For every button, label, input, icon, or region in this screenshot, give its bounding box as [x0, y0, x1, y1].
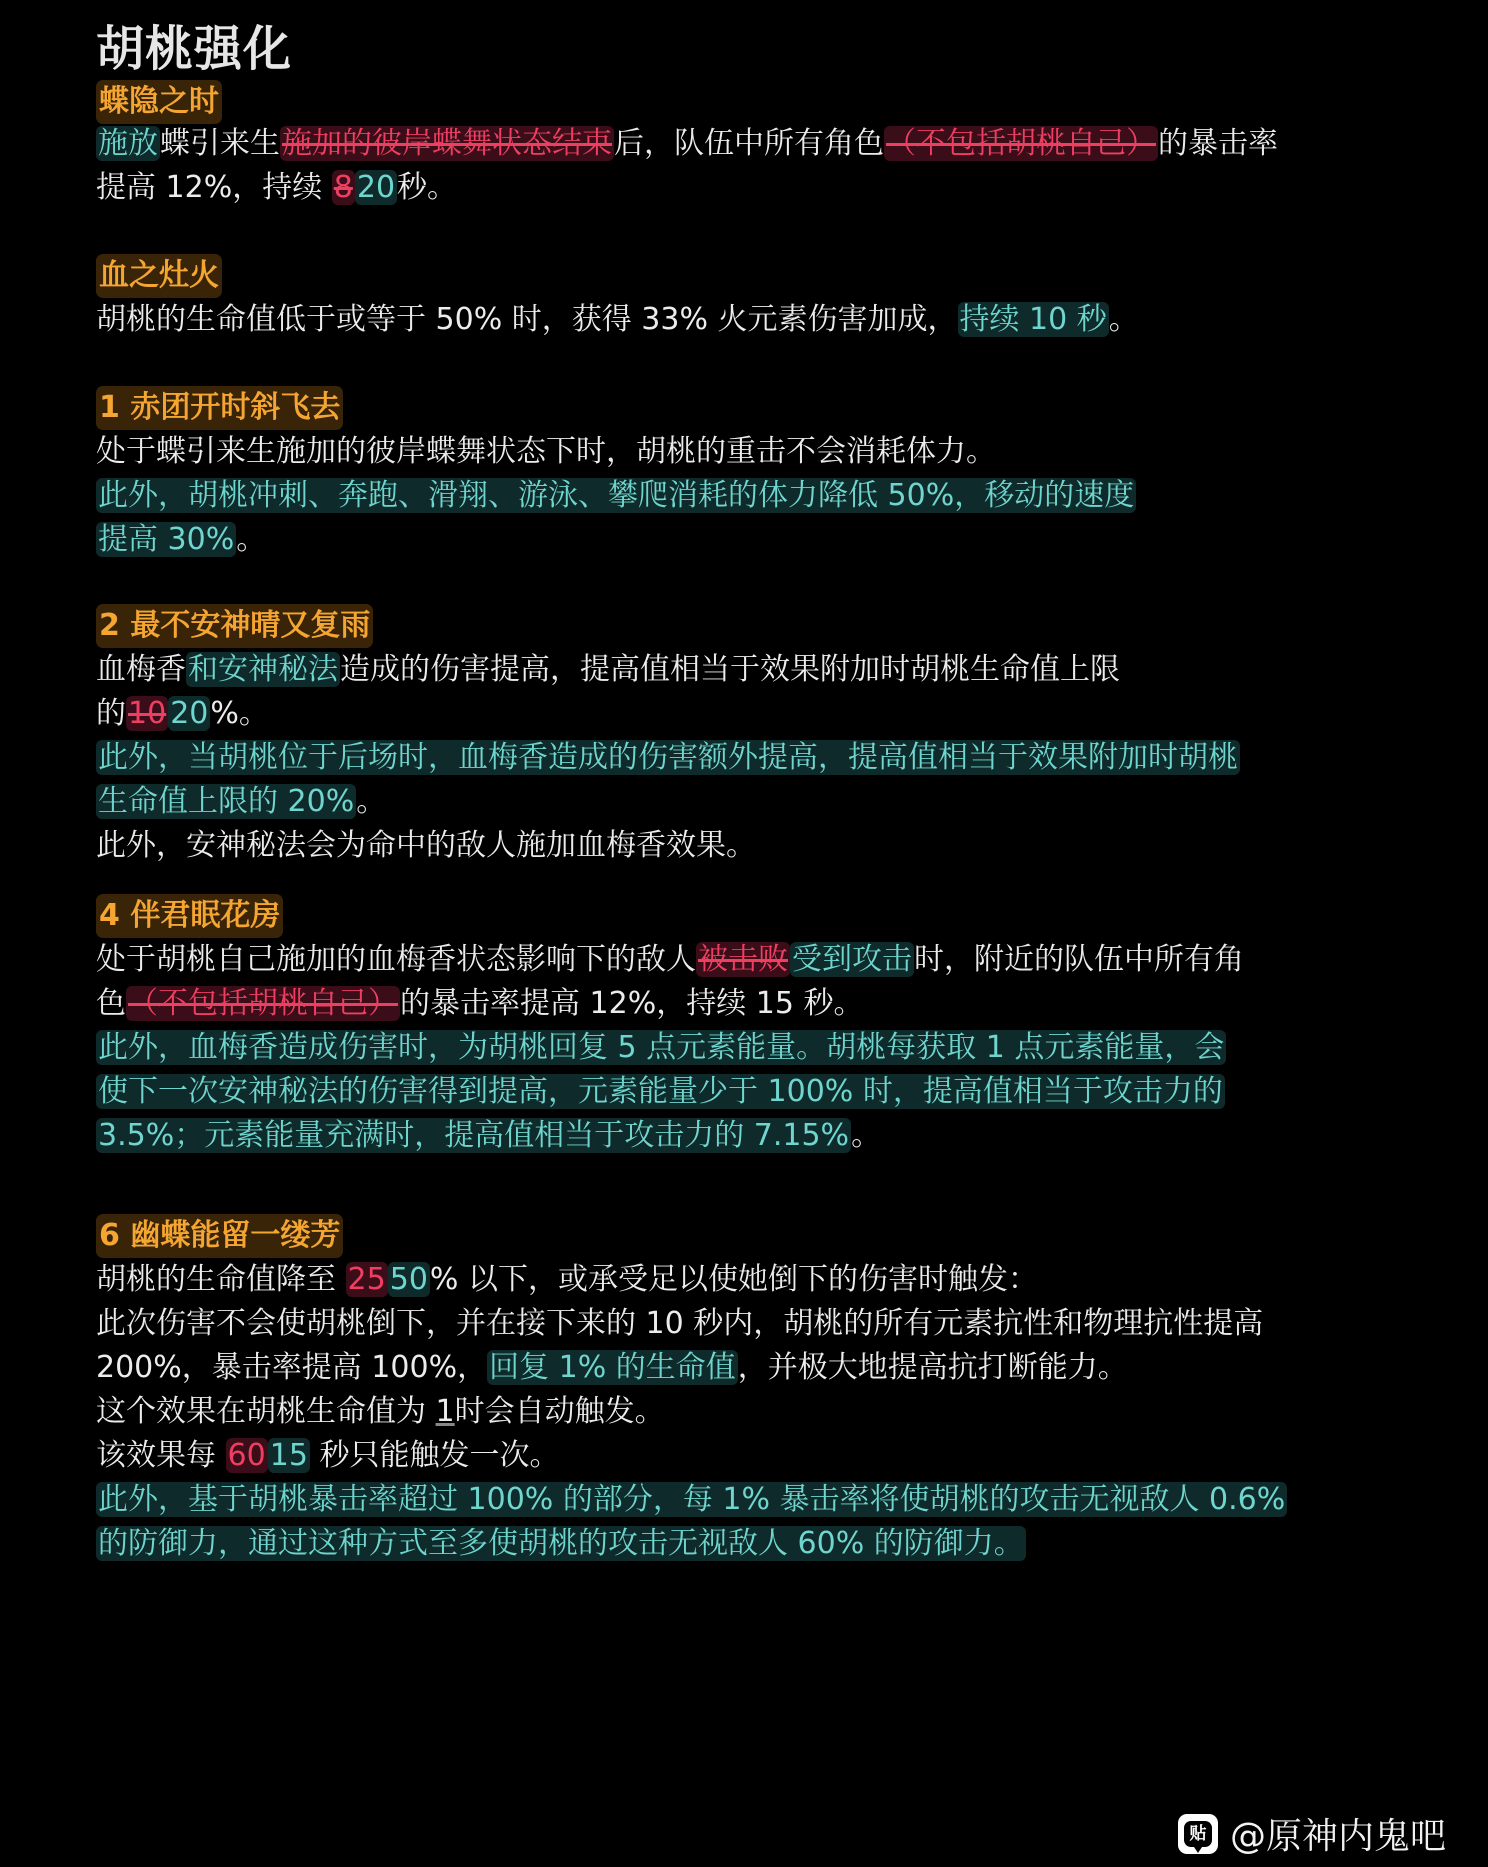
- text-segment: ，并极大地提高抗打断能力。: [738, 1350, 1128, 1385]
- text-segment: 后，队伍中所有角色: [614, 126, 884, 161]
- removed-text: （不包括胡桃自己）: [884, 126, 1158, 161]
- added-text: 和安神秘法: [186, 652, 340, 687]
- text-segment: 处于胡桃自己施加的血梅香状态影响下的敌人: [96, 942, 696, 977]
- text-segment: 秒只能触发一次。: [310, 1438, 560, 1473]
- added-text: 生命值上限的 20%: [96, 784, 356, 819]
- text-line: 处于胡桃自己施加的血梅香状态影响下的敌人被击败受到攻击时，附近的队伍中所有角: [96, 938, 1244, 982]
- text-segment: 胡桃的生命值低于或等于 50% 时，获得 33% 火元素伤害加成，: [96, 302, 958, 337]
- removed-text: 60: [226, 1438, 268, 1473]
- added-text: 此外，基于胡桃暴击率超过 100% 的部分，每 1% 暴击率将使胡桃的攻击无视敌…: [96, 1482, 1287, 1517]
- text-line: 此外，胡桃冲刺、奔跑、滑翔、游泳、攀爬消耗的体力降低 50%，移动的速度: [96, 474, 1136, 518]
- text-line: 3.5%；元素能量充满时，提高值相当于攻击力的 7.15%。: [96, 1114, 881, 1158]
- text-line: 的1020%。: [96, 692, 269, 736]
- removed-text: 10: [126, 696, 168, 731]
- text-segment: 造成的伤害提高，提高值相当于效果附加时胡桃生命值上限: [340, 652, 1120, 687]
- text-segment: 。: [1109, 302, 1139, 337]
- section-heading: 血之灶火: [96, 254, 222, 298]
- added-text: 持续 10 秒: [958, 302, 1109, 337]
- added-text: 此外，当胡桃位于后场时，血梅香造成的伤害额外提高，提高值相当于效果附加时胡桃: [96, 740, 1240, 775]
- added-text: 提高 30%: [96, 522, 236, 557]
- added-text: 3.5%；元素能量充满时，提高值相当于攻击力的 7.15%: [96, 1118, 851, 1153]
- added-text: 回复 1% 的生命值: [487, 1350, 738, 1385]
- removed-text: 25: [346, 1262, 388, 1297]
- removed-text: 施加的彼岸蝶舞状态结束: [280, 126, 614, 161]
- text-segment: 。: [851, 1118, 881, 1153]
- text-segment: 处于蝶引来生施加的彼岸蝶舞状态下时，胡桃的重击不会消耗体力。: [96, 434, 996, 469]
- tieba-logo-icon: 贴: [1178, 1814, 1218, 1854]
- text-segment: %。: [210, 696, 269, 731]
- text-segment: 色: [96, 986, 126, 1021]
- watermark-text: @原神内鬼吧: [1230, 1808, 1446, 1859]
- text-line: 的防御力，通过这种方式至多使胡桃的攻击无视敌人 60% 的防御力。: [96, 1522, 1026, 1566]
- added-text: 50: [388, 1262, 430, 1297]
- section-heading: 1 赤团开时斜飞去: [96, 386, 343, 430]
- text-segment: 秒。: [397, 170, 457, 205]
- text-segment: 该效果每: [96, 1438, 226, 1473]
- text-line: 生命值上限的 20%。: [96, 780, 386, 824]
- watermark: 贴 @原神内鬼吧: [1178, 1808, 1446, 1859]
- section-heading-line: 蝶隐之时: [96, 80, 222, 124]
- text-line: 施放蝶引来生施加的彼岸蝶舞状态结束后，队伍中所有角色（不包括胡桃自己）的暴击率: [96, 122, 1278, 166]
- text-line: 胡桃的生命值降至 2550% 以下，或承受足以使她倒下的伤害时触发：: [96, 1258, 1038, 1302]
- text-line: 提高 30%。: [96, 518, 266, 562]
- section-heading: 4 伴君眠花房: [96, 894, 283, 938]
- underlined-text: 1: [436, 1394, 455, 1429]
- page-title: 胡桃强化: [96, 14, 292, 84]
- text-segment: 时会自动触发。: [455, 1394, 665, 1429]
- added-text: 此外，胡桃冲刺、奔跑、滑翔、游泳、攀爬消耗的体力降低 50%，移动的速度: [96, 478, 1136, 513]
- added-text: 的防御力，通过这种方式至多使胡桃的攻击无视敌人 60% 的防御力。: [96, 1526, 1026, 1561]
- text-segment: 。: [356, 784, 386, 819]
- text-segment: 的暴击率: [1158, 126, 1278, 161]
- section-heading-line: 血之灶火: [96, 254, 222, 298]
- text-line: 此次伤害不会使胡桃倒下，并在接下来的 10 秒内，胡桃的所有元素抗性和物理抗性提…: [96, 1302, 1263, 1346]
- added-text: 此外，血梅香造成伤害时，为胡桃回复 5 点元素能量。胡桃每获取 1 点元素能量，…: [96, 1030, 1226, 1065]
- text-line: 此外，基于胡桃暴击率超过 100% 的部分，每 1% 暴击率将使胡桃的攻击无视敌…: [96, 1478, 1287, 1522]
- section-heading-line: 2 最不安神晴又复雨: [96, 604, 373, 648]
- text-line: 此外，安神秘法会为命中的敌人施加血梅香效果。: [96, 824, 756, 868]
- text-line: 200%，暴击率提高 100%，回复 1% 的生命值，并极大地提高抗打断能力。: [96, 1346, 1128, 1390]
- added-text: 施放: [96, 126, 160, 161]
- added-text: 20: [168, 696, 210, 731]
- section-heading: 6 幽蝶能留一缕芳: [96, 1214, 343, 1258]
- section-heading-line: 6 幽蝶能留一缕芳: [96, 1214, 343, 1258]
- section-heading: 蝶隐之时: [96, 80, 222, 124]
- text-line: 胡桃的生命值低于或等于 50% 时，获得 33% 火元素伤害加成，持续 10 秒…: [96, 298, 1139, 342]
- text-line: 提高 12%，持续 820秒。: [96, 166, 457, 210]
- text-line: 该效果每 6015 秒只能触发一次。: [96, 1434, 559, 1478]
- text-segment: 这个效果在胡桃生命值为: [96, 1394, 436, 1429]
- text-segment: 的: [96, 696, 126, 731]
- added-text: 15: [268, 1438, 310, 1473]
- text-segment: 。: [236, 522, 266, 557]
- text-segment: % 以下，或承受足以使她倒下的伤害时触发：: [430, 1262, 1038, 1297]
- added-text: 20: [355, 170, 397, 205]
- text-line: 色（不包括胡桃自己）的暴击率提高 12%，持续 15 秒。: [96, 982, 863, 1026]
- text-segment: 提高 12%，持续: [96, 170, 332, 205]
- section-heading: 2 最不安神晴又复雨: [96, 604, 373, 648]
- text-segment: 胡桃的生命值降至: [96, 1262, 346, 1297]
- section-heading-line: 4 伴君眠花房: [96, 894, 283, 938]
- removed-text: 被击败: [696, 942, 790, 977]
- text-segment: 蝶引来生: [160, 126, 280, 161]
- text-line: 血梅香和安神秘法造成的伤害提高，提高值相当于效果附加时胡桃生命值上限: [96, 648, 1120, 692]
- text-segment: 血梅香: [96, 652, 186, 687]
- added-text: 受到攻击: [790, 942, 914, 977]
- text-segment: 此次伤害不会使胡桃倒下，并在接下来的 10 秒内，胡桃的所有元素抗性和物理抗性提…: [96, 1306, 1263, 1341]
- removed-text: （不包括胡桃自己）: [126, 986, 400, 1021]
- text-line: 此外，血梅香造成伤害时，为胡桃回复 5 点元素能量。胡桃每获取 1 点元素能量，…: [96, 1026, 1226, 1070]
- text-segment: 200%，暴击率提高 100%，: [96, 1350, 487, 1385]
- section-heading-line: 1 赤团开时斜飞去: [96, 386, 343, 430]
- removed-text: 8: [332, 170, 355, 205]
- text-segment: 此外，安神秘法会为命中的敌人施加血梅香效果。: [96, 828, 756, 863]
- text-line: 这个效果在胡桃生命值为 1时会自动触发。: [96, 1390, 665, 1434]
- text-line: 处于蝶引来生施加的彼岸蝶舞状态下时，胡桃的重击不会消耗体力。: [96, 430, 996, 474]
- text-segment: 的暴击率提高 12%，持续 15 秒。: [400, 986, 863, 1021]
- text-line: 使下一次安神秘法的伤害得到提高，元素能量少于 100% 时，提高值相当于攻击力的: [96, 1070, 1225, 1114]
- text-segment: 时，附近的队伍中所有角: [914, 942, 1244, 977]
- added-text: 使下一次安神秘法的伤害得到提高，元素能量少于 100% 时，提高值相当于攻击力的: [96, 1074, 1225, 1109]
- text-line: 此外，当胡桃位于后场时，血梅香造成的伤害额外提高，提高值相当于效果附加时胡桃: [96, 736, 1240, 780]
